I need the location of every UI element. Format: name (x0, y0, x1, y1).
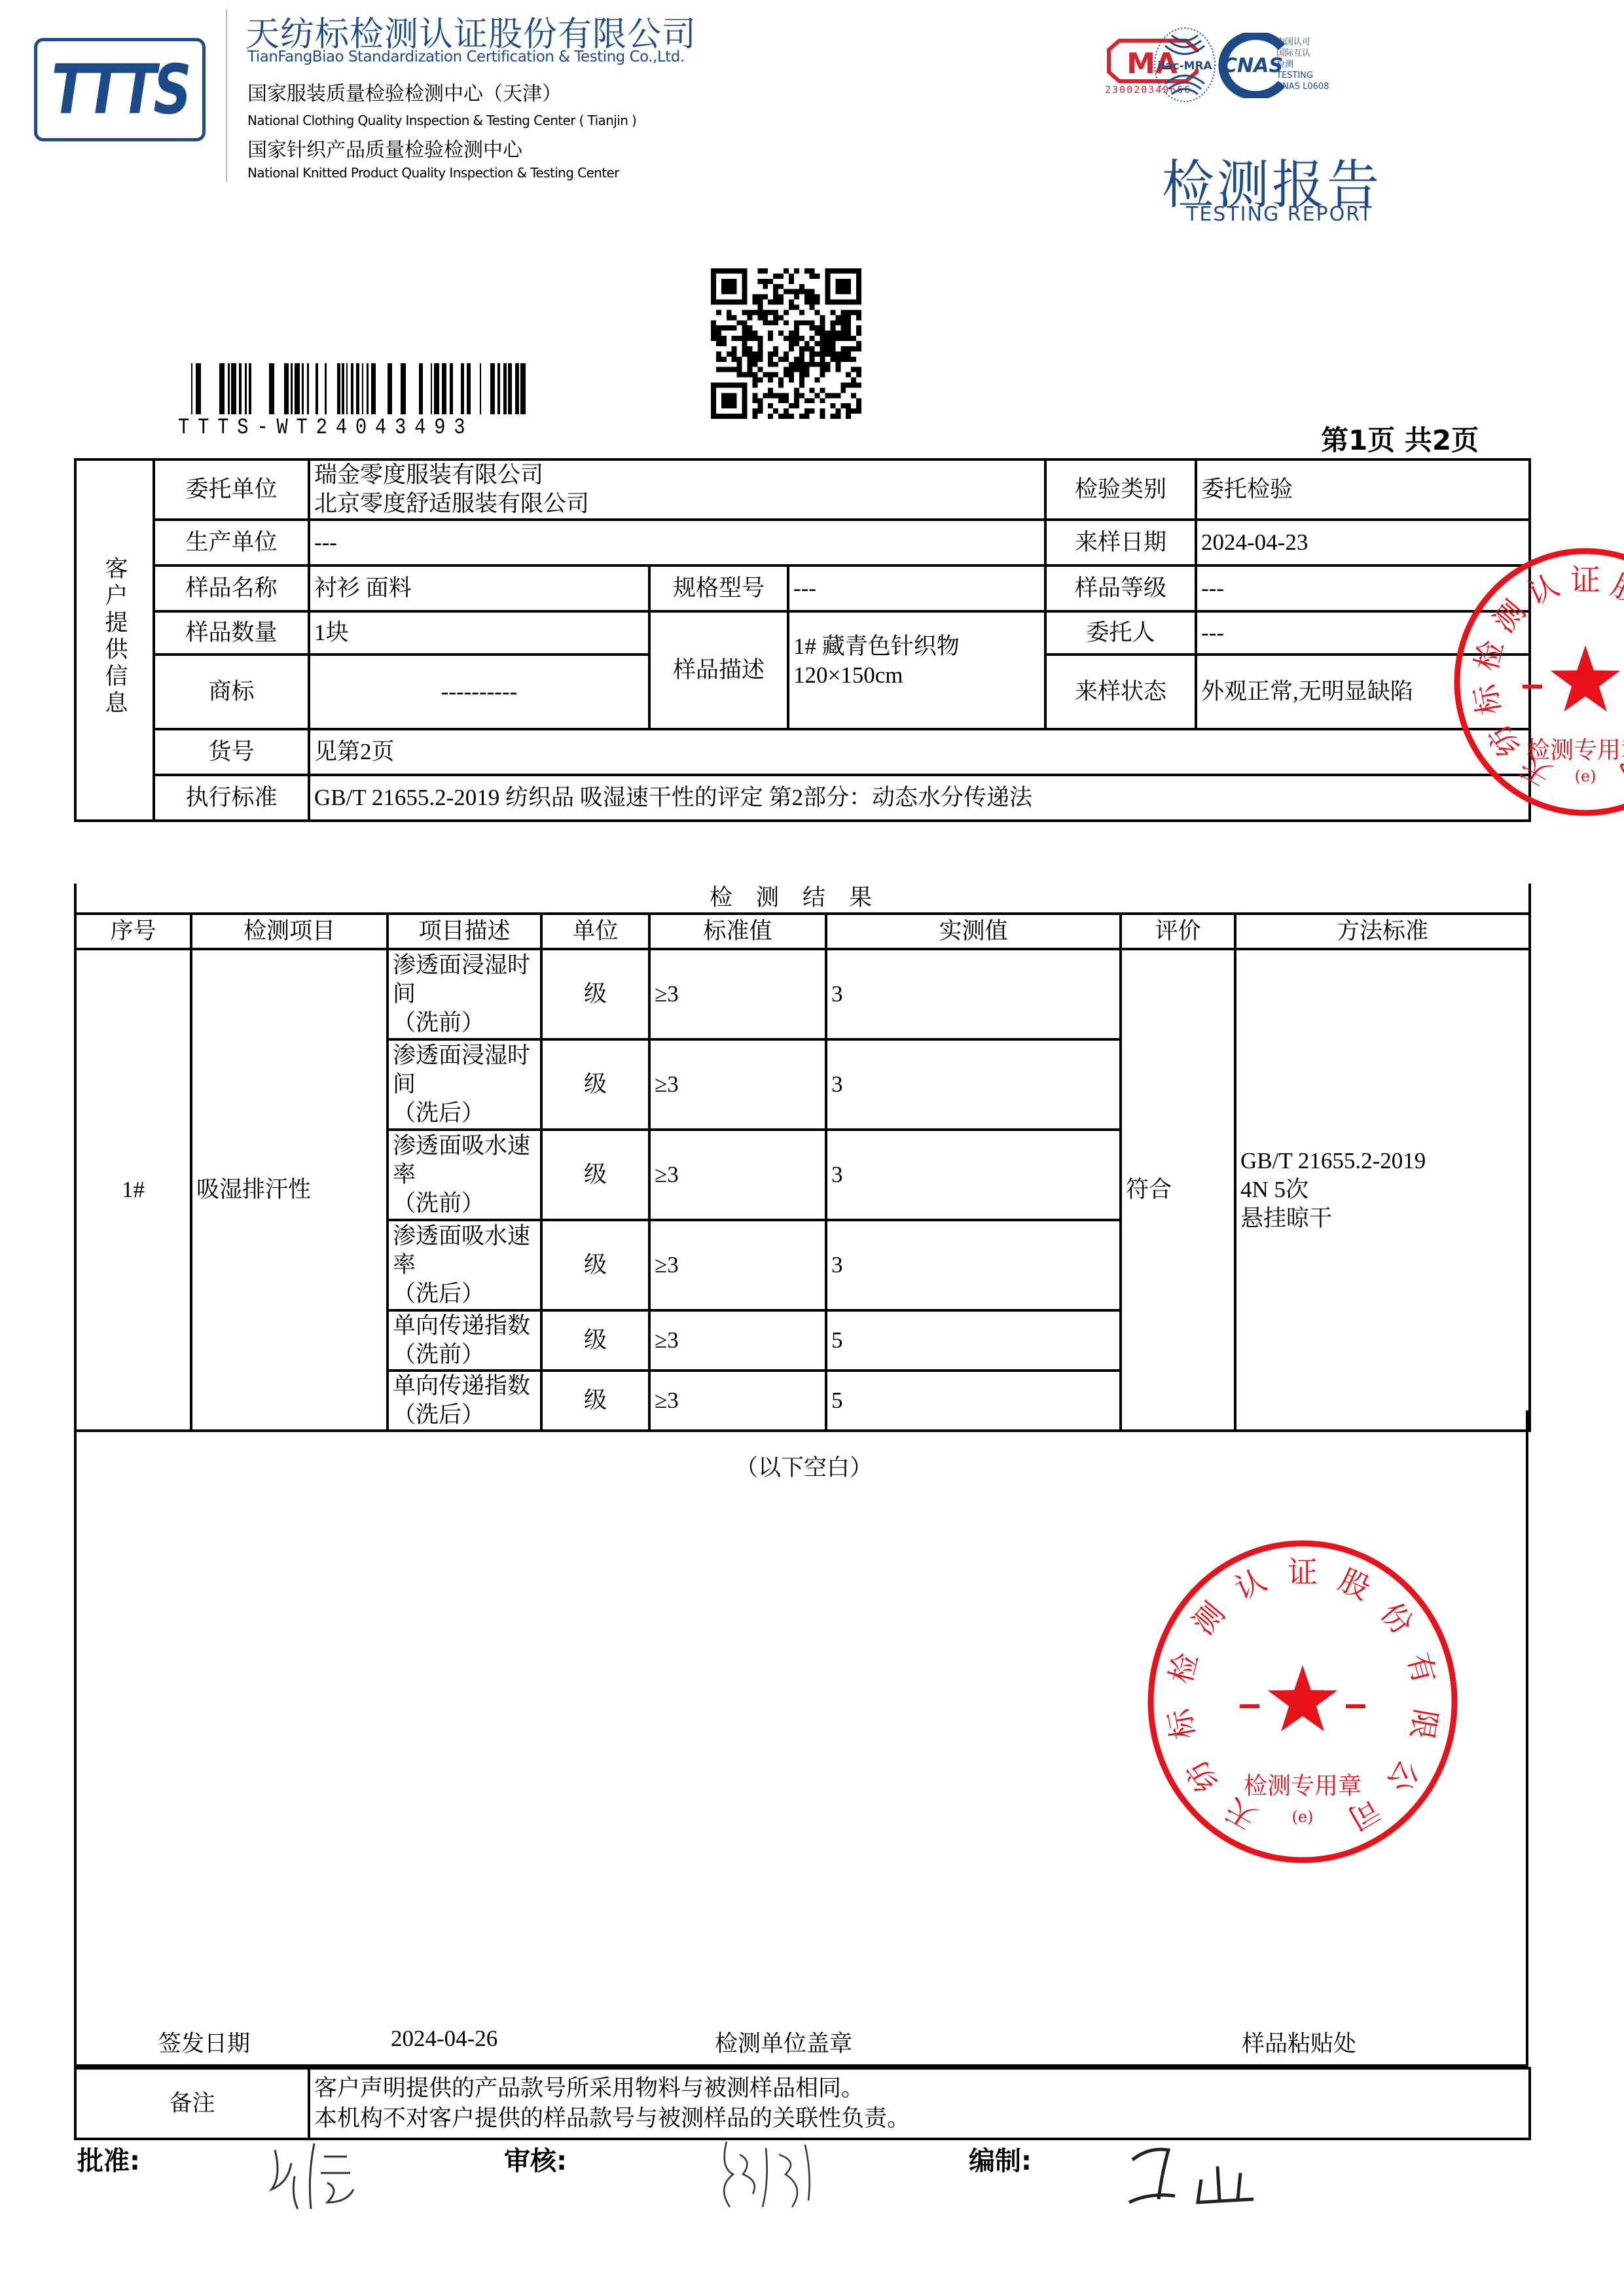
client-value: 瑞金零度服装有限公司 北京零度舒适服装有限公司 (309, 459, 1045, 520)
standard-cell: ≥3 (649, 1220, 826, 1310)
desc-cell: 渗透面吸水速率 （洗后） (388, 1220, 541, 1310)
svg-text:测: 测 (1486, 594, 1532, 639)
unit-cell: 级 (541, 1220, 649, 1310)
desc-cell: 渗透面吸水速率 （洗前） (388, 1130, 541, 1220)
cnas-line: TESTING (1276, 70, 1329, 81)
condition-label: 来样状态 (1045, 655, 1196, 729)
svg-text:公: 公 (1380, 1753, 1427, 1799)
col-header-unit: 单位 (541, 914, 649, 949)
unit-cell: 级 (541, 1310, 649, 1371)
svg-text:ilac-MRA: ilac-MRA (1157, 60, 1212, 73)
sample-name-label: 样品名称 (154, 565, 309, 611)
svg-text:纺: 纺 (1481, 718, 1527, 763)
arrival-date-label: 来样日期 (1045, 520, 1196, 565)
report-number: TTTS-WT24043493 (178, 416, 473, 440)
svg-text:检测专用章: 检测专用章 (1526, 737, 1624, 764)
standard-cell: ≥3 (649, 1039, 826, 1130)
issue-date-label: 签发日期 (158, 2026, 250, 2058)
col-header-method: 方法标准 (1235, 914, 1530, 949)
company-logo: TTTS (34, 38, 206, 141)
col-header-item: 检测项目 (191, 914, 388, 949)
svg-text:检: 检 (1163, 1649, 1204, 1687)
review-label: 审核: (504, 2140, 567, 2178)
report-title-en: TESTING REPORT (1186, 203, 1373, 226)
svg-text:(e): (e) (1575, 767, 1597, 785)
svg-text:限: 限 (1404, 1706, 1444, 1742)
standard-cell: ≥3 (649, 1310, 826, 1371)
sample-paste-label: 样品粘贴处 (1242, 2026, 1356, 2058)
svg-text:标: 标 (1467, 681, 1507, 718)
center2-name-cn: 国家针织产品质量检验检测中心 (247, 134, 522, 162)
grade-label: 样品等级 (1045, 565, 1196, 611)
description-value: 1# 藏青色针织物120×150cm (788, 611, 1045, 729)
svg-text:测: 测 (1185, 1596, 1232, 1641)
prepare-label: 编制: (969, 2140, 1032, 2178)
cnas-line: 中国认可 (1276, 37, 1329, 48)
approve-label: 批准: (77, 2140, 140, 2178)
item-no-value: 见第2页 (309, 729, 1530, 775)
remark-line: 本机构不对客户提供的样品款号与被测样品的关联性负责。 (314, 2104, 1525, 2134)
remark-content: 客户声明提供的产品款号所采用物料与被测样品相同。 本机构不对客户提供的样品款号与… (309, 2068, 1530, 2139)
measured-cell: 3 (826, 1039, 1121, 1130)
svg-text:检: 检 (1468, 636, 1510, 674)
spec-label: 规格型号 (649, 565, 788, 611)
consignor-label: 委托人 (1045, 611, 1196, 655)
remark-line: 客户声明提供的产品款号所采用物料与被测样品相同。 (314, 2073, 1525, 2104)
measured-cell: 5 (826, 1310, 1121, 1371)
svg-text:(e): (e) (1292, 1808, 1314, 1826)
preparer-signature-icon (1123, 2140, 1306, 2212)
producer-value: --- (309, 520, 1045, 565)
item-cell: 吸湿排汗性 (191, 949, 388, 1431)
spec-value: --- (788, 565, 1045, 611)
svg-text:证: 证 (1570, 562, 1600, 598)
svg-text:认: 认 (1523, 567, 1565, 611)
col-header-evaluation: 评价 (1121, 914, 1235, 949)
unit-cell: 级 (541, 1039, 649, 1130)
test-results-table: 检测结果 序号 检测项目 项目描述 单位 标准值 实测值 评价 方法标准 1# … (74, 884, 1531, 1432)
inspection-type-value: 委托检验 (1196, 459, 1530, 520)
quantity-value: 1块 (309, 611, 649, 655)
svg-text:有: 有 (1401, 1649, 1443, 1687)
unit-cell: 级 (541, 1130, 649, 1220)
official-stamp-icon: 天纺标检测认证股份有限公司检测专用章(e) (1142, 1538, 1463, 1865)
evaluation-cell: 符合 (1121, 949, 1235, 1431)
table-row: 1# 吸湿排汗性 渗透面浸湿时间 （洗前） 级 ≥3 3 符合 GB/T 216… (75, 949, 1530, 1039)
unit-cell: 级 (541, 949, 649, 1039)
approver-signature-icon (262, 2137, 380, 2215)
standard-value: GB/T 21655.2-2019 纺织品 吸湿速干性的评定 第2部分：动态水分… (309, 775, 1530, 821)
remark-label: 备注 (75, 2068, 309, 2139)
desc-cell: 渗透面浸湿时间 （洗前） (388, 949, 541, 1039)
stamp-label: 检测单位盖章 (715, 2026, 852, 2058)
item-no-label: 货号 (154, 729, 309, 775)
col-header-measured: 实测值 (826, 914, 1121, 949)
measured-cell: 3 (826, 1130, 1121, 1220)
seq-cell: 1# (75, 949, 191, 1431)
svg-text:认: 认 (1229, 1562, 1272, 1606)
official-stamp-icon: 天纺标检测认证股份有限公司检测专用章(e) (1440, 543, 1624, 818)
standard-label: 执行标准 (154, 775, 309, 821)
trademark-value: ---------- (309, 655, 649, 729)
blank-below-note: （以下空白） (77, 1450, 1531, 1482)
desc-cell: 渗透面浸湿时间 （洗后） (388, 1039, 541, 1130)
method-cell: GB/T 21655.2-2019 4N 5次 悬挂晾干 (1235, 949, 1530, 1431)
center2-name-en: National Knitted Product Quality Inspect… (247, 165, 619, 181)
measured-cell: 3 (826, 949, 1121, 1039)
col-header-desc: 项目描述 (388, 914, 541, 949)
cnas-line: CNAS L0608 (1276, 81, 1329, 92)
producer-label: 生产单位 (154, 520, 309, 565)
results-title-text: 检测结果 (710, 885, 895, 910)
standard-cell: ≥3 (649, 1130, 826, 1220)
sample-name-value: 衬衫 面料 (309, 565, 649, 611)
logo-text: TTTS (51, 50, 188, 130)
cnas-accreditation-text: 中国认可 国际互认 检测 TESTING CNAS L0608 (1276, 37, 1329, 92)
cnas-line: 国际互认 (1276, 48, 1329, 59)
svg-text:检测专用章: 检测专用章 (1244, 1772, 1362, 1799)
measured-cell: 3 (826, 1220, 1121, 1310)
trademark-label: 商标 (154, 655, 309, 729)
barcode-icon (187, 363, 533, 414)
results-title: 检测结果 (75, 884, 1530, 914)
svg-text:证: 证 (1288, 1554, 1318, 1590)
col-header-standard: 标准值 (649, 914, 826, 949)
col-header-seq: 序号 (75, 914, 191, 949)
client-info-side-label: 客户提供信息 (75, 459, 154, 821)
issue-date-value: 2024-04-26 (391, 2026, 497, 2052)
inspection-type-label: 检验类别 (1045, 459, 1196, 520)
svg-text:标: 标 (1161, 1705, 1202, 1742)
center1-name-en: National Clothing Quality Inspection & T… (247, 113, 636, 128)
svg-text:份: 份 (1374, 1596, 1420, 1641)
svg-text:CNAS: CNAS (1223, 54, 1283, 77)
client-info-table: 客户提供信息 委托单位 瑞金零度服装有限公司 北京零度舒适服装有限公司 检验类别… (74, 458, 1531, 822)
description-label: 样品描述 (649, 611, 788, 729)
header-divider (226, 9, 227, 182)
remark-table: 备注 客户声明提供的产品款号所采用物料与被测样品相同。 本机构不对客户提供的样品… (74, 2067, 1531, 2140)
ilac-mra-logo-icon: ilac-MRA (1152, 26, 1218, 103)
reviewer-signature-icon (713, 2135, 831, 2214)
side-label-text: 客户提供信息 (100, 556, 129, 717)
page-indicator: 第1页 共2页 (1321, 419, 1479, 458)
client-label: 委托单位 (154, 459, 309, 520)
center1-name-cn: 国家服装质量检验检测中心（天津） (247, 77, 562, 106)
desc-cell: 单向传递指数 （洗前） (388, 1310, 541, 1371)
company-name-en: TianFangBiao Standardization Certificati… (247, 48, 685, 65)
cnas-line: 检测 (1276, 59, 1329, 70)
svg-text:股: 股 (1333, 1562, 1376, 1606)
quantity-label: 样品数量 (154, 611, 309, 655)
svg-text:股: 股 (1606, 567, 1624, 611)
qr-code-icon (710, 268, 862, 419)
results-header-row: 序号 检测项目 项目描述 单位 标准值 实测值 评价 方法标准 (75, 914, 1530, 949)
svg-text:纺: 纺 (1179, 1753, 1225, 1799)
standard-cell: ≥3 (649, 949, 826, 1039)
